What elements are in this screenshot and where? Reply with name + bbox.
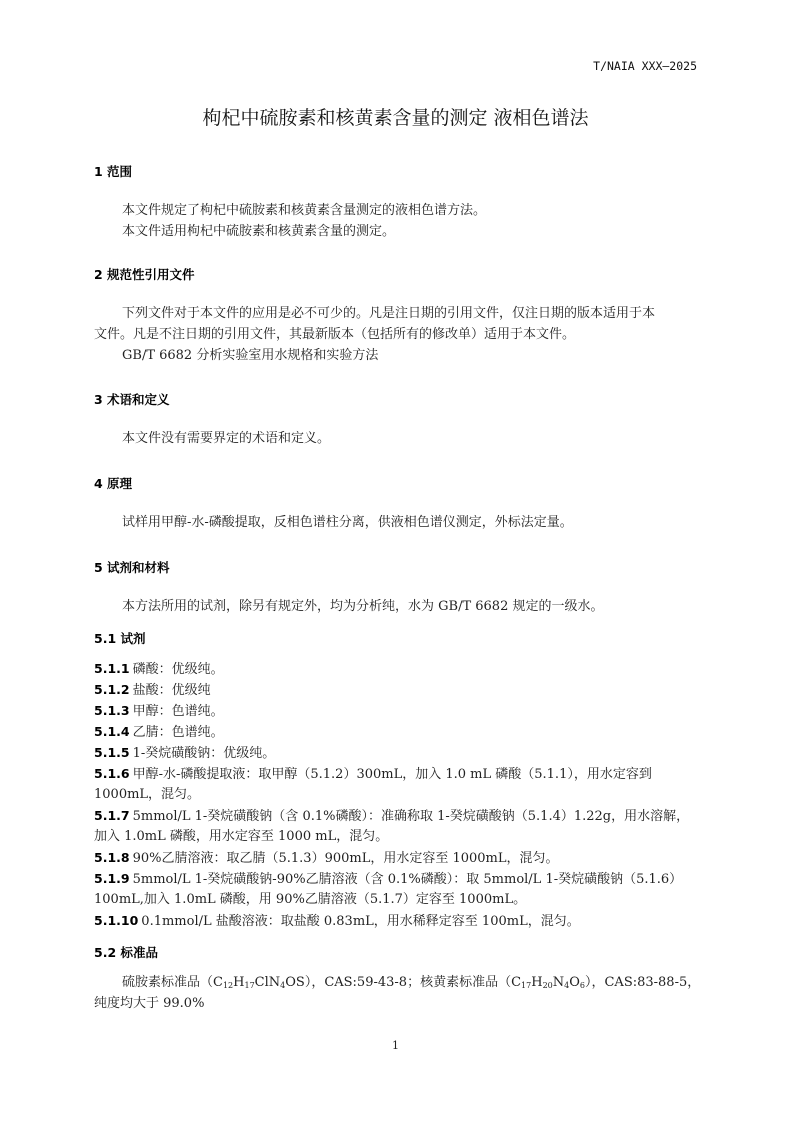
section-heading-scope: 1 范围 bbox=[94, 162, 132, 180]
section-heading-reagents-materials: 5 试剂和材料 bbox=[94, 558, 170, 576]
paragraph: 本文件没有需要界定的术语和定义。 bbox=[122, 428, 330, 449]
subsection-heading-standards: 5.2 标准品 bbox=[94, 943, 158, 961]
paragraph-standards: 硫胺素标准品（C12H17ClN4OS），CAS:59-43-8；核黄素标准品（… bbox=[122, 972, 700, 993]
paragraph: 本方法所用的试剂，除另有规定外，均为分析纯，水为 GB/T 6682 规定的一级… bbox=[122, 596, 603, 617]
subscript: 17 bbox=[521, 981, 531, 990]
item-text: 乙腈：色谱纯。 bbox=[133, 725, 224, 740]
paragraph: 试样用甲醇-水-磷酸提取，反相色谱柱分离，供液相色谱仪测定，外标法定量。 bbox=[122, 512, 573, 533]
reagent-item: 5.1.6甲醇-水-磷酸提取液：取甲醇（5.1.2）300mL，加入 1.0 m… bbox=[94, 763, 652, 785]
text: OS），CAS:59-43-8；核黄素标准品（C bbox=[285, 975, 521, 990]
item-text: 磷酸：优级纯。 bbox=[133, 662, 224, 677]
text: ），CAS:83-88-5， bbox=[585, 975, 700, 990]
paragraph: 本文件规定了枸杞中硫胺素和核黄素含量测定的液相色谱方法。 bbox=[122, 200, 486, 221]
text: H bbox=[531, 975, 542, 990]
section-heading-normative-references: 2 规范性引用文件 bbox=[94, 265, 195, 283]
item-number: 5.1.7 bbox=[94, 808, 130, 823]
item-text: 1-癸烷磺酸钠：优级纯。 bbox=[133, 746, 276, 761]
reagent-item: 5.1.4乙腈：色谱纯。 bbox=[94, 721, 224, 743]
reagent-item-continuation: 1000mL，混匀。 bbox=[94, 784, 200, 805]
item-text: 5mmol/L 1-癸烷磺酸钠-90%乙腈溶液（含 0.1%磷酸）：取 5mmo… bbox=[133, 872, 683, 887]
subsection-heading-reagents: 5.1 试剂 bbox=[94, 629, 146, 647]
item-text: 0.1mmol/L 盐酸溶液：取盐酸 0.83mL，用水稀释定容至 100mL，… bbox=[141, 914, 579, 929]
section-heading-terms: 3 术语和定义 bbox=[94, 390, 170, 408]
text: ClN bbox=[255, 975, 280, 990]
page-number: 1 bbox=[0, 1039, 791, 1052]
document-code: T/NAIA XXX—2025 bbox=[593, 59, 697, 73]
item-text: 盐酸：优级纯 bbox=[133, 683, 211, 698]
reference-item: GB/T 6682 分析实验室用水规格和实验方法 bbox=[122, 345, 378, 366]
paragraph: 文件。凡是不注日期的引用文件，其最新版本（包括所有的修改单）适用于本文件。 bbox=[94, 324, 575, 345]
reagent-item: 5.1.75mmol/L 1-癸烷磺酸钠（含 0.1%磷酸）：准确称取 1-癸烷… bbox=[94, 805, 689, 827]
item-text: 90%乙腈溶液：取乙腈（5.1.3）900mL，用水定容至 1000mL，混匀。 bbox=[133, 851, 559, 866]
item-number: 5.1.9 bbox=[94, 871, 130, 886]
item-number: 5.1.8 bbox=[94, 850, 130, 865]
item-number: 5.1.2 bbox=[94, 682, 130, 697]
item-number: 5.1.5 bbox=[94, 745, 130, 760]
reagent-item: 5.1.95mmol/L 1-癸烷磺酸钠-90%乙腈溶液（含 0.1%磷酸）：取… bbox=[94, 868, 682, 890]
text: O bbox=[569, 975, 580, 990]
reagent-item-continuation: 加入 1.0mL 磷酸，用水定容至 1000 mL，混匀。 bbox=[94, 826, 388, 847]
reagent-item: 5.1.1磷酸：优级纯。 bbox=[94, 658, 224, 680]
reagent-item-continuation: 100mL,加入 1.0mL 磷酸，用 90%乙腈溶液（5.1.7）定容至 10… bbox=[94, 889, 526, 910]
paragraph: 下列文件对于本文件的应用是必不可少的。凡是注日期的引用文件，仅注日期的版本适用于… bbox=[122, 303, 655, 324]
subscript: 12 bbox=[223, 981, 233, 990]
item-text: 甲醇：色谱纯。 bbox=[133, 704, 224, 719]
document-title: 枸杞中硫胺素和核黄素含量的测定 液相色谱法 bbox=[0, 103, 791, 130]
section-heading-principle: 4 原理 bbox=[94, 474, 132, 492]
item-number: 5.1.4 bbox=[94, 724, 130, 739]
text: N bbox=[553, 975, 564, 990]
reagent-item: 5.1.2盐酸：优级纯 bbox=[94, 679, 211, 701]
reagent-item: 5.1.3甲醇：色谱纯。 bbox=[94, 700, 224, 722]
item-number: 5.1.6 bbox=[94, 766, 130, 781]
subscript: 17 bbox=[244, 981, 254, 990]
item-number: 5.1.1 bbox=[94, 661, 130, 676]
item-number: 5.1.10 bbox=[94, 913, 138, 928]
reagent-item: 5.1.51-癸烷磺酸钠：优级纯。 bbox=[94, 742, 275, 764]
paragraph: 纯度均大于 99.0% bbox=[94, 993, 204, 1014]
text: H bbox=[233, 975, 244, 990]
text: 硫胺素标准品（C bbox=[122, 975, 223, 990]
paragraph: 本文件适用枸杞中硫胺素和核黄素含量的测定。 bbox=[122, 221, 395, 242]
reagent-item: 5.1.890%乙腈溶液：取乙腈（5.1.3）900mL，用水定容至 1000m… bbox=[94, 847, 559, 869]
subscript: 20 bbox=[543, 981, 553, 990]
item-number: 5.1.3 bbox=[94, 703, 130, 718]
reagent-item: 5.1.100.1mmol/L 盐酸溶液：取盐酸 0.83mL，用水稀释定容至 … bbox=[94, 910, 580, 932]
item-text: 5mmol/L 1-癸烷磺酸钠（含 0.1%磷酸）：准确称取 1-癸烷磺酸钠（5… bbox=[133, 809, 690, 824]
item-text: 甲醇-水-磷酸提取液：取甲醇（5.1.2）300mL，加入 1.0 mL 磷酸（… bbox=[133, 767, 652, 782]
